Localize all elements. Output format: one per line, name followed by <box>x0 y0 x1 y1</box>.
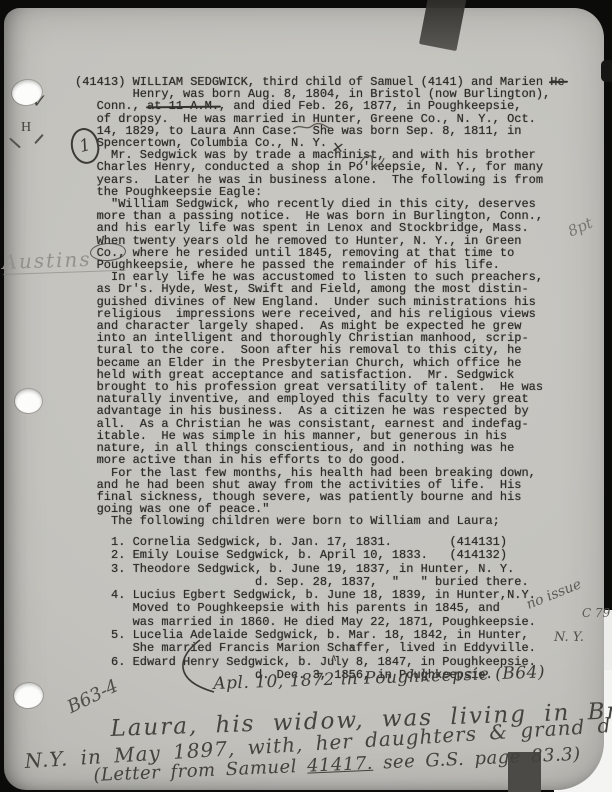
scanned-document-screenshot: { "page": { "typed_body_lines": [ "(4141… <box>0 0 612 792</box>
caret-mark: ∧ <box>330 653 337 664</box>
x-mark-annotation: ✕ <box>330 138 345 158</box>
c79-annotation: C 79 <box>582 606 610 620</box>
circled-number-value: 1 <box>77 135 92 157</box>
punch-hole-middle <box>15 389 42 413</box>
pencil-scribble <box>292 121 330 133</box>
pencil-scribble <box>356 150 386 168</box>
letter-note-number: 41417. <box>307 753 374 777</box>
children-list-text: 1. Cornelia Sedgwick, b. Jan. 17, 1831. … <box>75 536 536 682</box>
h-margin-mark: H <box>21 120 31 136</box>
checkmark-annotation: ✓ <box>30 91 47 113</box>
edge-mark <box>601 60 612 82</box>
caret-mark: ∧ <box>348 643 355 654</box>
typed-body-text: (41413) WILLIAM SEDGWICK, third child of… <box>75 76 565 528</box>
ny-annotation: N. Y. <box>554 630 584 645</box>
